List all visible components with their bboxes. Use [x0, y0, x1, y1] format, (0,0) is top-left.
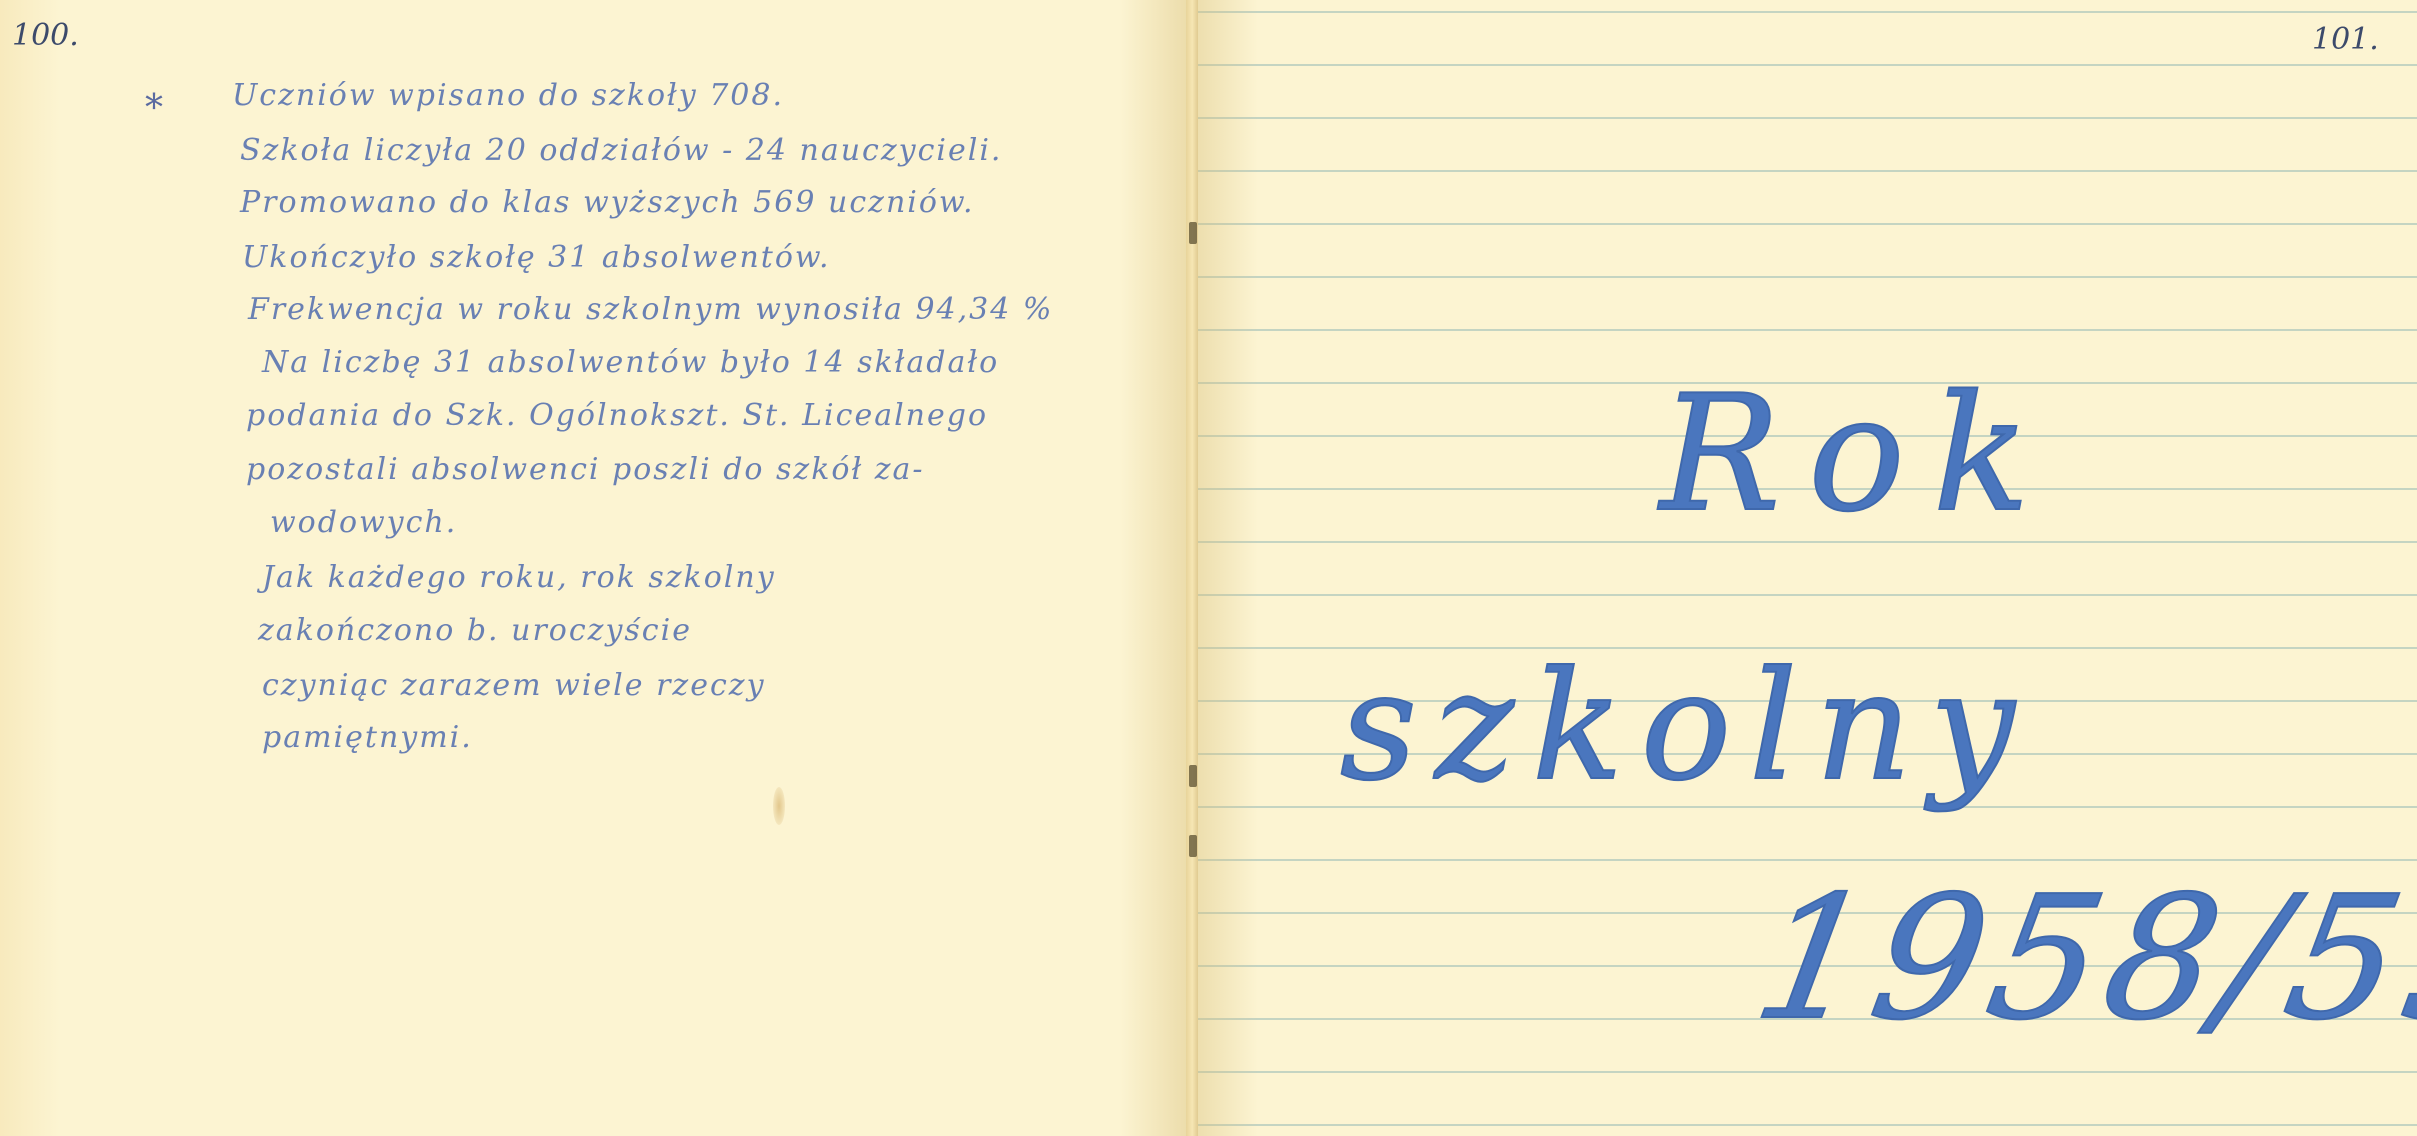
staple-bottom: [1189, 835, 1197, 857]
text-line: Uczniów wpisano do szkoły 708.: [232, 78, 784, 113]
title-school-year: 1958/59: [1743, 860, 2417, 1058]
text-line: wodowych.: [270, 505, 457, 540]
left-page: 100. * Uczniów wpisano do szkoły 708. Sz…: [0, 0, 1190, 1136]
text-line: Ukończyło szkołę 31 absolwentów.: [242, 240, 831, 275]
notebook-spread: 100. * Uczniów wpisano do szkoły 708. Sz…: [0, 0, 2417, 1136]
text-line: Na liczbę 31 absolwentów było 14 składał…: [262, 345, 999, 380]
text-line: Jak każdego roku, rok szkolny: [262, 560, 776, 595]
text-line: Frekwencja w roku szkolnym wynosiła 94,3…: [248, 292, 1053, 327]
title-szkolny: szkolny: [1340, 640, 2033, 814]
text-line: czyniąc zarazem wiele rzeczy: [262, 668, 766, 703]
paper-stain: [773, 787, 785, 825]
text-line: zakończono b. uroczyście: [258, 613, 692, 648]
text-line: pamiętnymi.: [262, 720, 473, 755]
text-line: Szkoła liczyła 20 oddziałów - 24 nauczyc…: [240, 133, 1002, 168]
text-line: podania do Szk. Ogólnokszt. St. Licealne…: [246, 398, 988, 433]
page-number-left: 100.: [12, 18, 79, 53]
title-rok: Rok: [1660, 360, 2058, 547]
staple-middle: [1189, 765, 1197, 787]
asterisk-marker: *: [145, 88, 163, 129]
text-line: pozostali absolwenci poszli do szkół za-: [246, 452, 925, 487]
text-line: Promowano do klas wyższych 569 uczniów.: [240, 185, 975, 220]
page-number-right: 101.: [2312, 22, 2379, 57]
staple-top: [1189, 222, 1197, 244]
